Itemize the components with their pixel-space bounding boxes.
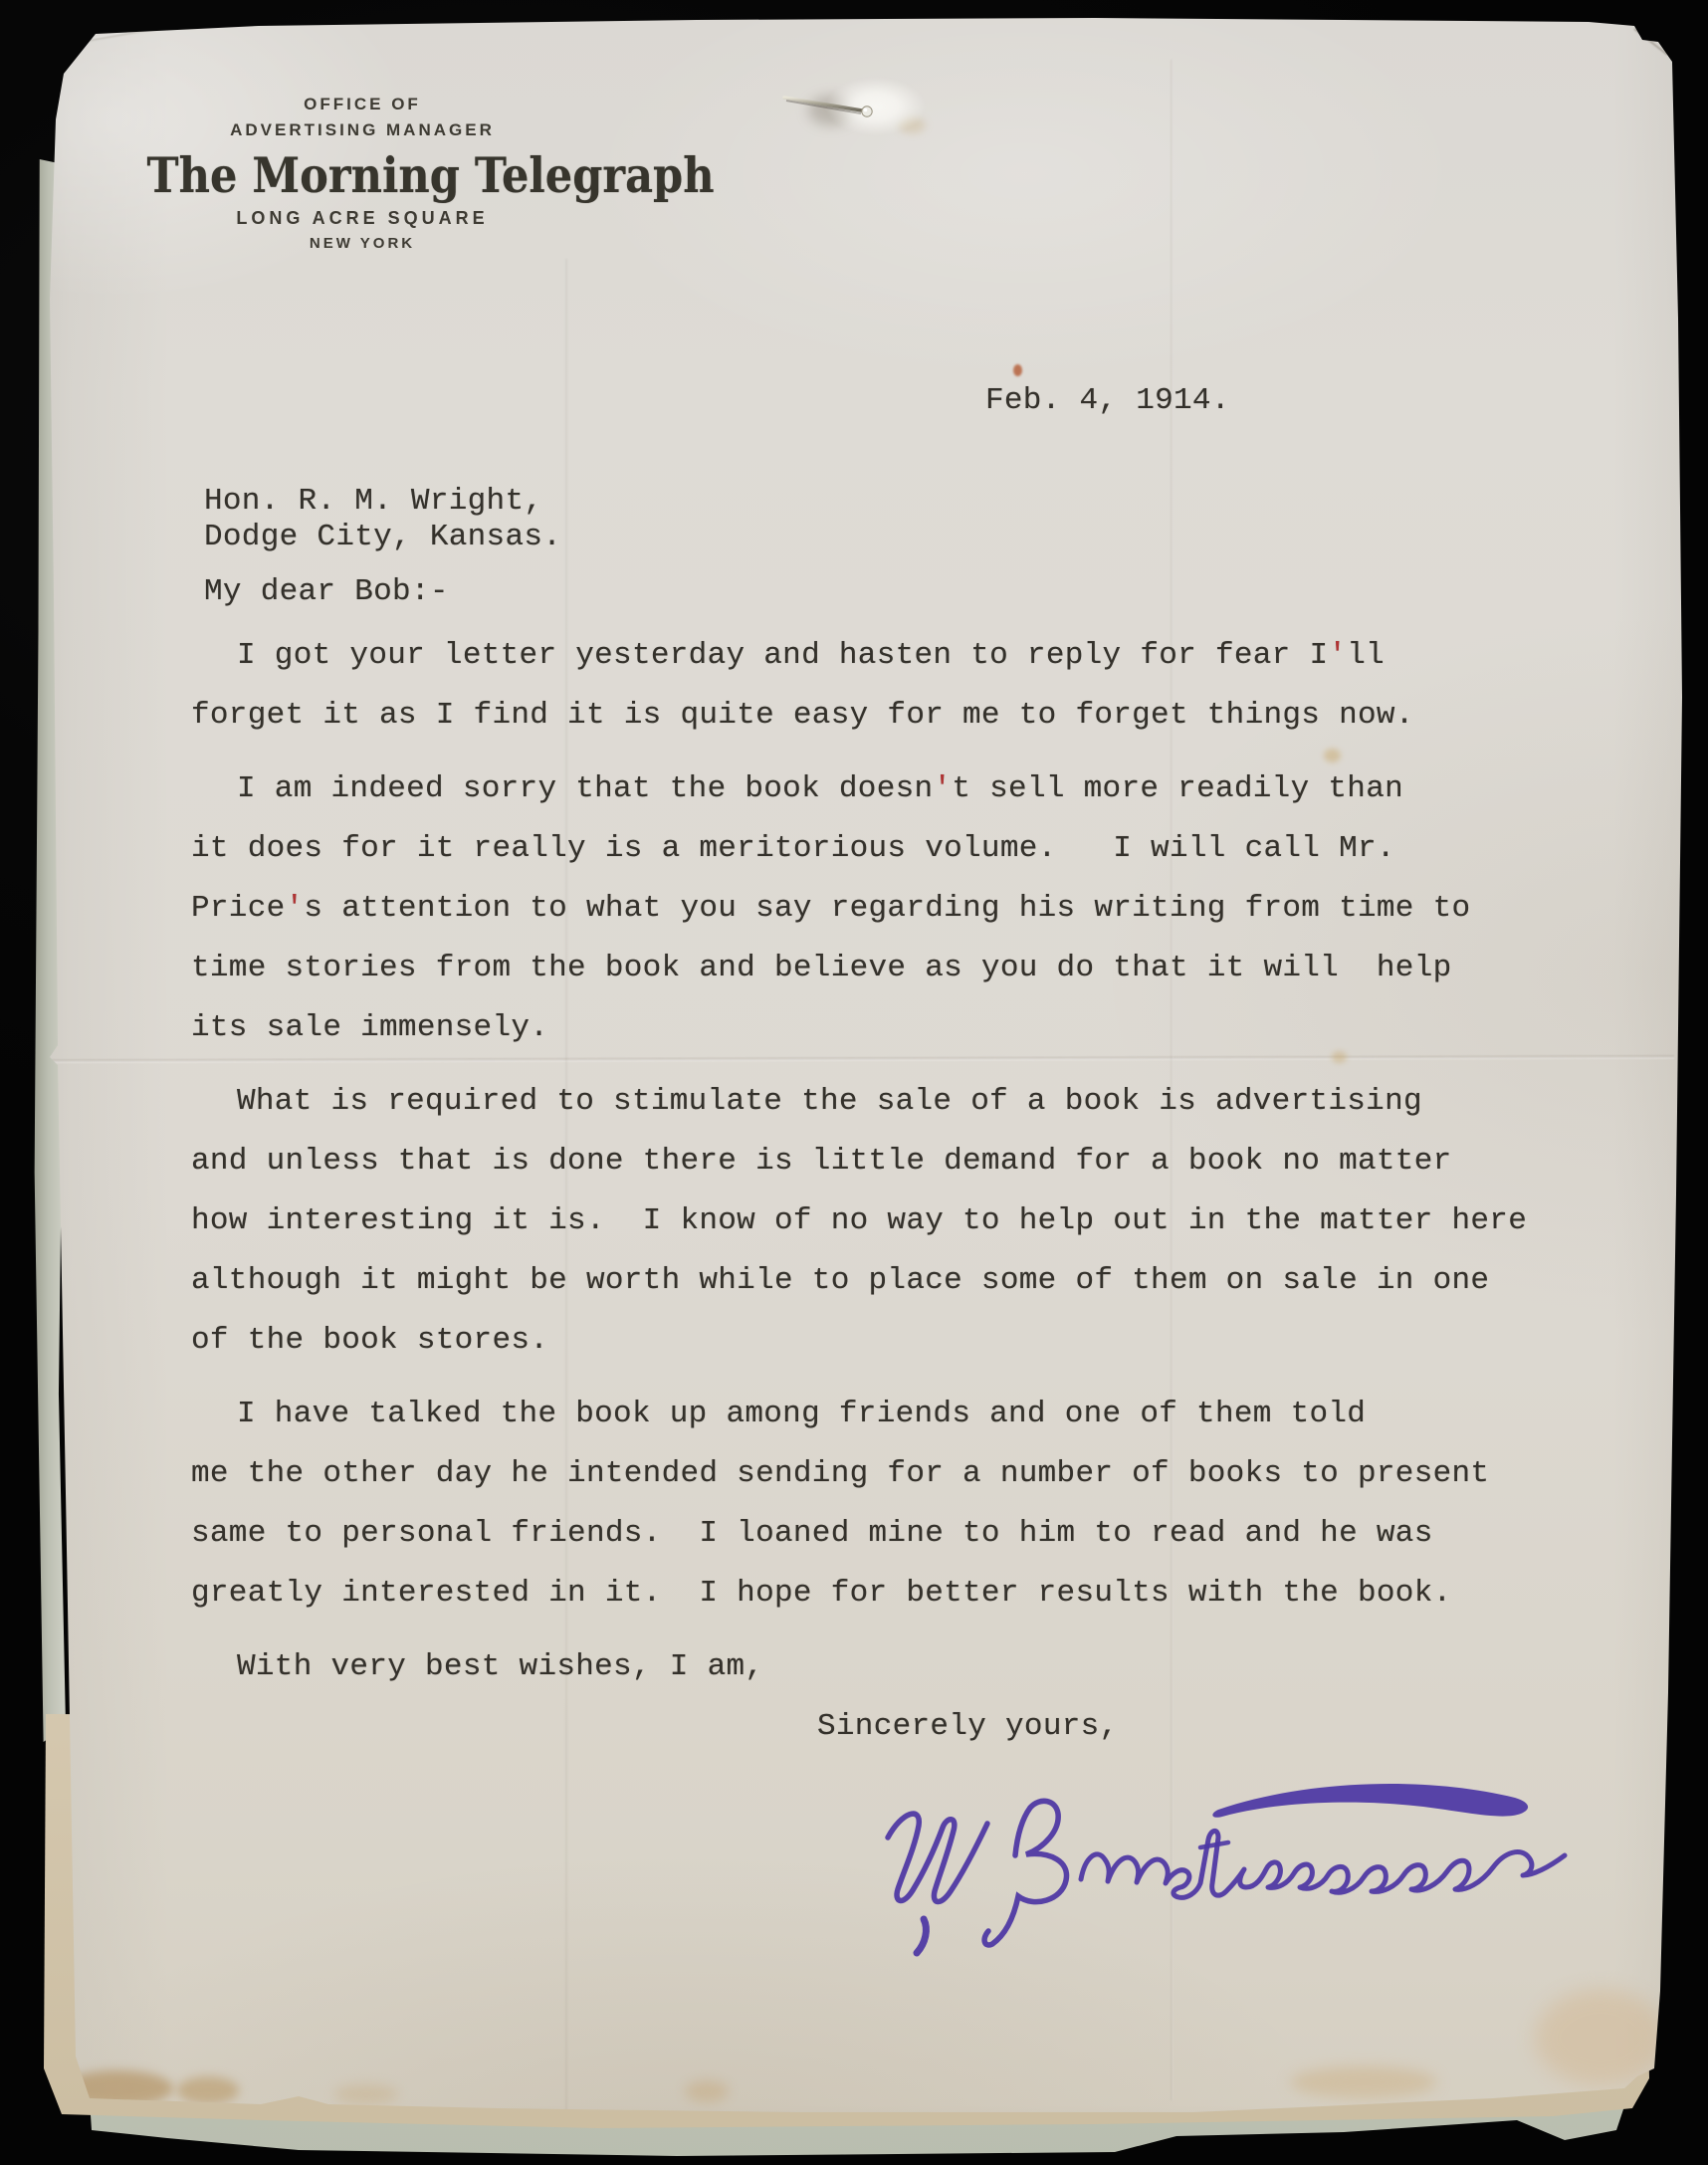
letterhead-office-of: OFFICE OF [117, 96, 607, 112]
body-line: I have talked the book up among friends … [191, 1385, 1604, 1444]
letterhead-long-acre-square: LONG ACRE SQUARE [117, 209, 607, 227]
body-line: same to personal friends. I loaned mine … [191, 1504, 1604, 1564]
closing-line: With very best wishes, I am, [191, 1637, 1604, 1697]
straight-pin-icon [766, 70, 916, 141]
valediction: Sincerely yours, [817, 1697, 1604, 1757]
letterhead-new-york: NEW YORK [117, 236, 607, 251]
stain [1535, 1989, 1666, 2086]
stain [1290, 2066, 1437, 2098]
body-line: greatly interested in it. I hope for bet… [191, 1564, 1604, 1624]
letter-body: I got your letter yesterday and hasten t… [191, 626, 1604, 1757]
stain [334, 2084, 398, 2104]
body-line: its sale immensely. [191, 998, 1604, 1058]
letterhead-masthead: The Morning Telegraph [147, 150, 578, 201]
body-line: me the other day he intended sending for… [191, 1444, 1604, 1504]
body-line: of the book stores. [191, 1311, 1604, 1371]
folded-corner-crease [58, 7, 266, 47]
paragraph: I am indeed sorry that the book doesn't … [191, 759, 1604, 1058]
ink-speck [1013, 364, 1022, 376]
photo-background: OFFICE OF ADVERTISING MANAGER The Mornin… [0, 0, 1708, 2165]
body-line: it does for it really is a meritorious v… [191, 819, 1604, 879]
salutation: My dear Bob:- [204, 574, 449, 610]
recipient-city: Dodge City, Kansas. [204, 520, 561, 555]
recipient-address: Hon. R. M. Wright, Dodge City, Kansas. [204, 484, 561, 555]
date-line: Feb. 4, 1914. [985, 383, 1230, 419]
stain [685, 2080, 729, 2102]
paragraph: What is required to stimulate the sale o… [191, 1072, 1604, 1371]
paragraph: I have talked the book up among friends … [191, 1385, 1604, 1624]
paragraph: I got your letter yesterday and hasten t… [191, 626, 1604, 746]
body-line: and unless that is done there is little … [191, 1132, 1604, 1191]
body-line: Price's attention to what you say regard… [191, 879, 1604, 939]
signature-flourish [1212, 1784, 1528, 1818]
body-line: I am indeed sorry that the book doesn't … [191, 759, 1604, 819]
letterhead: OFFICE OF ADVERTISING MANAGER The Mornin… [117, 96, 607, 251]
body-line: how interesting it is. I know of no way … [191, 1191, 1604, 1251]
recipient-name: Hon. R. M. Wright, [204, 484, 561, 520]
body-line: I got your letter yesterday and hasten t… [191, 626, 1604, 686]
letter-page: OFFICE OF ADVERTISING MANAGER The Mornin… [0, 0, 1708, 2165]
body-line: although it might be worth while to plac… [191, 1251, 1604, 1311]
body-line: forget it as I find it is quite easy for… [191, 686, 1604, 746]
stain [177, 2076, 239, 2104]
body-line: What is required to stimulate the sale o… [191, 1072, 1604, 1132]
signature-handwriting [868, 1764, 1624, 1983]
letterhead-advertising-manager: ADVERTISING MANAGER [117, 121, 607, 138]
body-line: time stories from the book and believe a… [191, 939, 1604, 998]
corner-notch-shadow [1633, 28, 1667, 55]
